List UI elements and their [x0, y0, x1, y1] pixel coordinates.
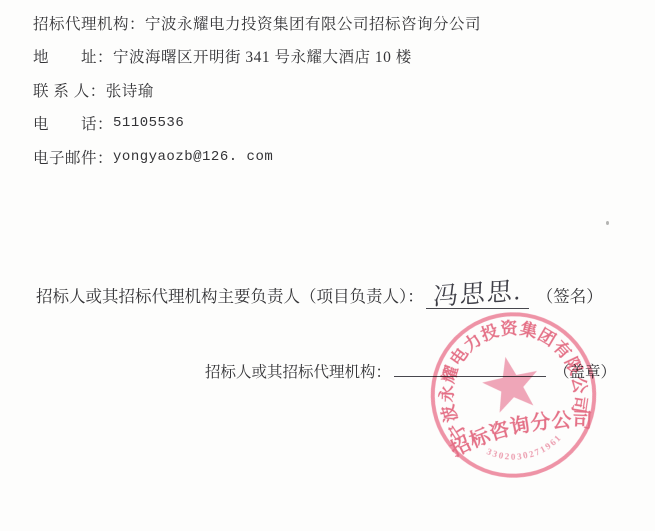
- info-row-address: 地 址： 宁波海曙区开明街 341 号永耀大酒店 10 楼: [33, 40, 645, 74]
- signature-label: 招标人或其招标代理机构主要负责人（项目负责人）：: [36, 283, 424, 307]
- agency-label: 招标代理机构：: [33, 12, 145, 34]
- official-stamp: 宁波永耀电力投资集团有限公司 招标咨询分公司 3302030271961: [397, 282, 629, 509]
- address-label: 地 址：: [33, 45, 113, 67]
- phone-label: 电 话：: [33, 112, 113, 134]
- seal-label: 招标人或其招标代理机构：: [205, 360, 391, 382]
- scanned-document-page: 招标代理机构： 宁波永耀电力投资集团有限公司招标咨询分公司 地 址： 宁波海曙区…: [0, 0, 655, 531]
- scan-speck: [606, 221, 609, 225]
- email-value: yongyaozb@126. com: [113, 149, 273, 165]
- stamp-svg: 宁波永耀电力投资集团有限公司 招标咨询分公司 3302030271961: [397, 282, 629, 509]
- email-label: 电子邮件：: [33, 146, 113, 168]
- info-row-contact-person: 联 系 人： 张诗瑜: [33, 73, 645, 107]
- info-row-phone: 电 话： 51105536: [33, 107, 645, 141]
- phone-value: 51105536: [113, 115, 184, 131]
- contact-person-value: 张诗瑜: [106, 79, 154, 101]
- agency-contact-block: 招标代理机构： 宁波永耀电力投资集团有限公司招标咨询分公司 地 址： 宁波海曙区…: [33, 6, 645, 174]
- address-value: 宁波海曙区开明街 341 号永耀大酒店 10 楼: [113, 45, 412, 67]
- agency-value: 宁波永耀电力投资集团有限公司招标咨询分公司: [145, 12, 481, 34]
- info-row-agency: 招标代理机构： 宁波永耀电力投资集团有限公司招标咨询分公司: [33, 6, 645, 40]
- info-row-email: 电子邮件： yongyaozb@126. com: [33, 140, 645, 174]
- stamp-star-icon: [478, 351, 544, 415]
- contact-person-label: 联 系 人：: [33, 79, 106, 101]
